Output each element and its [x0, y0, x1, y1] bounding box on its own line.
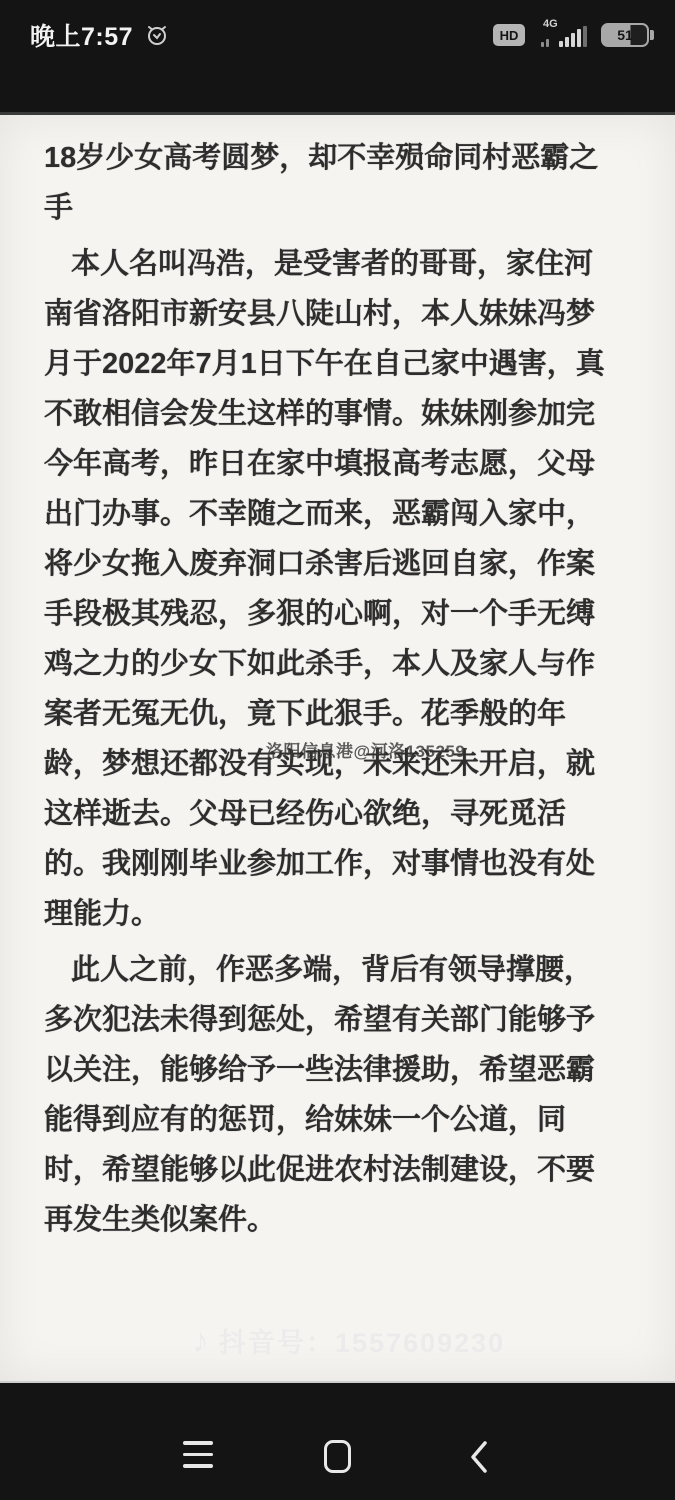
douyin-id-label: 抖音号：1557609230 [219, 1321, 505, 1360]
text-line: 将少女拖入废弃洞口杀害后逃回自家，作案 [44, 539, 637, 589]
navigation-bar [0, 1383, 675, 1500]
text-line: 18岁少女高考圆梦，却不幸殒命同村恶霸之 [44, 133, 637, 183]
recents-menu-button[interactable] [183, 1441, 213, 1468]
text-line: 鸡之力的少女下如此杀手，本人及家人与作 [44, 639, 637, 689]
text-line: 的。我刚刚毕业参加工作，对事情也没有处 [44, 839, 637, 889]
back-button[interactable] [470, 1440, 488, 1479]
paragraph-1: 本人名叫冯浩，是受害者的哥哥，家住河南省洛阳市新安县八陡山村，本人妹妹冯梦月于2… [44, 239, 637, 939]
text-line: 今年高考，昨日在家中填报高考志愿，父母 [44, 439, 637, 489]
text-line: 出门办事。不幸随之而来，恶霸闯入家中， [44, 489, 637, 539]
text-line: 案者无冤无仇，竟下此狠手。花季般的年 [44, 689, 637, 739]
battery-percent: 51 [617, 27, 633, 43]
text-line: 多次犯法未得到惩处，希望有关部门能够予 [44, 995, 637, 1045]
text-line: 以关注，能够给予一些法律援助，希望恶霸 [44, 1045, 637, 1095]
text-line: 南省洛阳市新安县八陡山村，本人妹妹冯梦 [44, 289, 637, 339]
battery-icon: 51 [601, 23, 649, 47]
home-button[interactable] [324, 1440, 351, 1473]
text-line: 月于2022年7月1日下午在自己家中遇害，真 [44, 339, 637, 389]
document-text: 18岁少女高考圆梦，却不幸殒命同村恶霸之手 本人名叫冯浩，是受害者的哥哥，家住河… [0, 115, 675, 1245]
text-line: 本人名叫冯浩，是受害者的哥哥，家住河 [44, 239, 637, 289]
text-line: 手 [44, 183, 637, 233]
text-line: 再发生类似案件。 [44, 1195, 637, 1245]
document-image: 18岁少女高考圆梦，却不幸殒命同村恶霸之手 本人名叫冯浩，是受害者的哥哥，家住河… [0, 112, 675, 1383]
document-title: 18岁少女高考圆梦，却不幸殒命同村恶霸之手 [44, 133, 637, 233]
clock-time: 晚上7:57 [30, 17, 133, 53]
alarm-clock-icon [145, 23, 169, 47]
cellular-signal-icon: 4G [537, 20, 589, 50]
text-line: 时，希望能够以此促进农村法制建设，不要 [44, 1145, 637, 1195]
text-line: 能得到应有的惩罚，给妹妹一个公道，同 [44, 1095, 637, 1145]
hd-volte-icon: HD [493, 24, 525, 46]
back-icon [470, 1440, 488, 1479]
text-line: 不敢相信会发生这样的事情。妹妹刚参加完 [44, 389, 637, 439]
text-line: 手段极其残忍，多狠的心啊，对一个手无缚 [44, 589, 637, 639]
text-line: 此人之前，作恶多端，背后有领导撑腰， [44, 945, 637, 995]
center-watermark: 洛阳信息港@河洛135259 [266, 737, 465, 762]
douyin-note-icon: ♪ [192, 1324, 209, 1358]
text-line: 这样逝去。父母已经伤心欲绝，寻死觅活 [44, 789, 637, 839]
paragraph-2: 此人之前，作恶多端，背后有领导撑腰，多次犯法未得到惩处，希望有关部门能够予以关注… [44, 945, 637, 1245]
network-type-label: 4G [543, 18, 558, 30]
signal-bars-icon [559, 26, 587, 47]
text-line: 理能力。 [44, 889, 637, 939]
secondary-signal-icon [541, 39, 549, 47]
douyin-watermark: ♪ 抖音号：1557609230 [192, 1321, 505, 1360]
menu-icon [183, 1441, 213, 1468]
status-bar: 晚上7:57 HD 4G 51 [0, 0, 675, 60]
